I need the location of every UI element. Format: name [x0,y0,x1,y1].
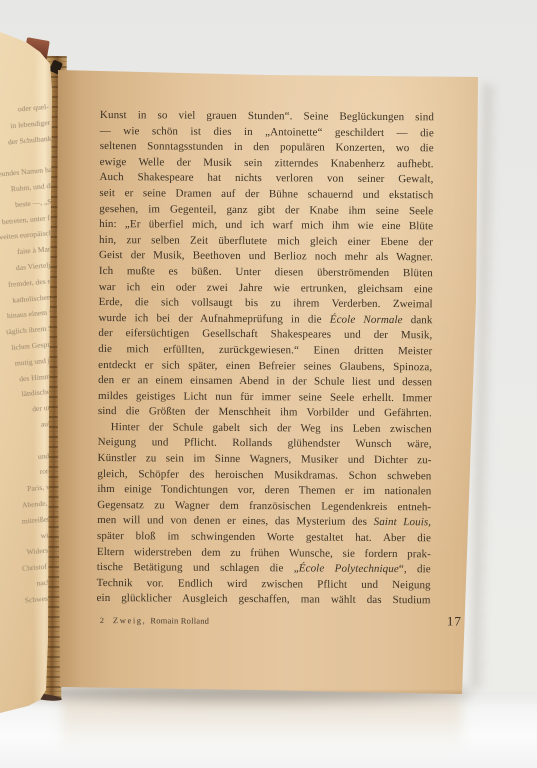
footer-author: Zweig, [113,615,147,625]
page-number: 17 [447,613,462,629]
page-text: Kunst in so viel grauen Stunden“. Seine … [97,108,434,609]
paragraph-continued: Kunst in so viel grauen Stunden“. Seine … [98,108,434,422]
text-line: den er an einem einsamen Abend in der Sc… [98,373,432,391]
book-photo: oder quel-in lebendigerder Schulbank Fre… [0,0,537,768]
footer-title: Romain Rolland [150,615,209,625]
text-line: seit er seine Dramen auf der Bühne schau… [99,186,433,204]
paper-spot [519,387,522,389]
text-line: später bloß im schwingenden Worte gestal… [97,529,431,547]
right-page: Kunst in so viel grauen Stunden“. Seine … [56,64,480,696]
footer-spacer [209,624,447,626]
text-line: ein glücklicher Ausgleich geschaffen, ma… [97,591,431,609]
signature-number: 2 [100,616,104,625]
text-line: Künstler zu sein im Sinne Wagners, Musik… [97,451,431,469]
page-footer: 2 Zweig, Romain Rolland 17 [100,611,462,630]
text-line: die mich erfüllten, zurückgewiesen.“ Ein… [98,342,432,360]
text-line: Kunst in so viel grauen Stunden“. Seine … [100,108,434,126]
book-reflection [62,700,462,752]
text-line: Ich mußte es büßen. Unter diesen überstr… [99,264,433,282]
paragraph-new: Hinter der Schule gabelt sich der Weg in… [97,420,432,609]
